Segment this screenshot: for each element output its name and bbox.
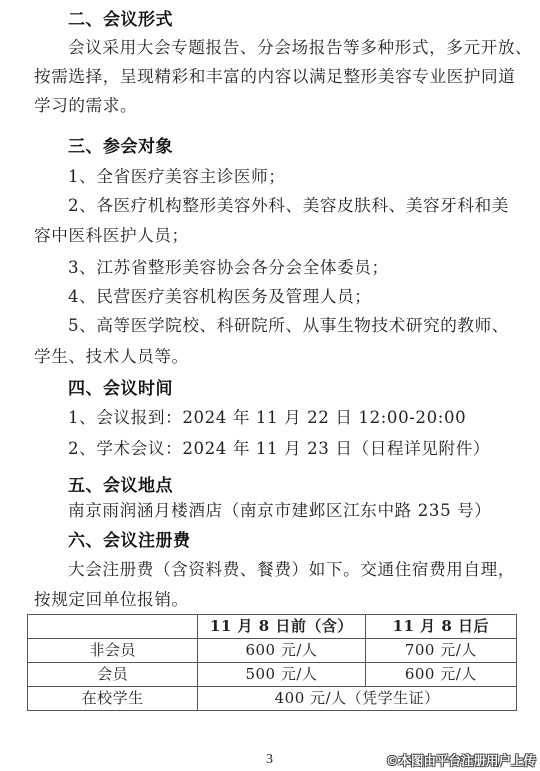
section-heading-participants: 三、参会对象 [68, 137, 173, 157]
table-cell: 500 元/人 [198, 663, 365, 687]
document-page: 二、会议形式 会议采用大会专题报告、分会场报告等多种形式，多元开放、 按需选择，… [0, 0, 540, 771]
paragraph-line: 学习的需求。 [34, 96, 514, 116]
table-cell: 600 元/人 [365, 663, 516, 687]
table-row: 会员 500 元/人 600 元/人 [28, 663, 517, 687]
paragraph-line: 大会注册费（含资料费、餐费）如下。交通住宿费用自理， [68, 560, 540, 580]
section-heading-venue: 五、会议地点 [68, 476, 173, 496]
venue-address: 南京雨润涵月楼酒店（南京市建邺区江东中路 235 号） [68, 501, 540, 521]
fee-table: 11 月 8 日前（含） 11 月 8 日后 非会员 600 元/人 700 元… [27, 614, 517, 711]
list-item: 1、全省医疗美容主诊医师； [68, 167, 540, 187]
table-cell-merged: 400 元/人（凭学生证） [198, 687, 517, 711]
table-cell: 600 元/人 [198, 639, 365, 663]
paragraph-line: 会议采用大会专题报告、分会场报告等多种形式，多元开放、 [68, 38, 540, 58]
watermark: ©本图由平台注册用户上传 [386, 751, 536, 769]
table-cell: 在校学生 [28, 687, 198, 711]
list-item: 2、各医疗机构整形美容外科、美容皮肤科、美容牙科和美 [68, 196, 540, 216]
table-cell: 非会员 [28, 639, 198, 663]
table-row: 非会员 600 元/人 700 元/人 [28, 639, 517, 663]
section-heading-time: 四、会议时间 [68, 379, 173, 399]
list-item: 2、学术会议：2024 年 11 月 23 日（日程详见附件） [68, 439, 540, 459]
table-header-cell [28, 615, 198, 639]
table-header-cell: 11 月 8 日后 [365, 615, 516, 639]
list-item: 3、江苏省整形美容协会各分会全体委员； [68, 258, 540, 278]
list-item: 4、民营医疗美容机构医务及管理人员； [68, 287, 540, 307]
table-row: 在校学生 400 元/人（凭学生证） [28, 687, 517, 711]
table-cell: 会员 [28, 663, 198, 687]
list-item-continued: 容中医科医护人员； [34, 226, 514, 246]
table-header-cell: 11 月 8 日前（含） [198, 615, 365, 639]
list-item: 5、高等医学院校、科研院所、从事生物技术研究的教师、 [68, 316, 540, 336]
paragraph-line: 按规定回单位报销。 [34, 590, 514, 610]
table-header-row: 11 月 8 日前（含） 11 月 8 日后 [28, 615, 517, 639]
page-number: 3 [266, 752, 273, 768]
section-heading-fee: 六、会议注册费 [68, 531, 191, 551]
list-item-continued: 学生、技术人员等。 [34, 347, 514, 367]
section-heading-format: 二、会议形式 [68, 10, 173, 30]
table-cell: 700 元/人 [365, 639, 516, 663]
paragraph-line: 按需选择，呈现精彩和丰富的内容以满足整形美容专业医护同道 [34, 67, 514, 87]
list-item: 1、会议报到：2024 年 11 月 22 日 12:00-20:00 [68, 408, 540, 428]
